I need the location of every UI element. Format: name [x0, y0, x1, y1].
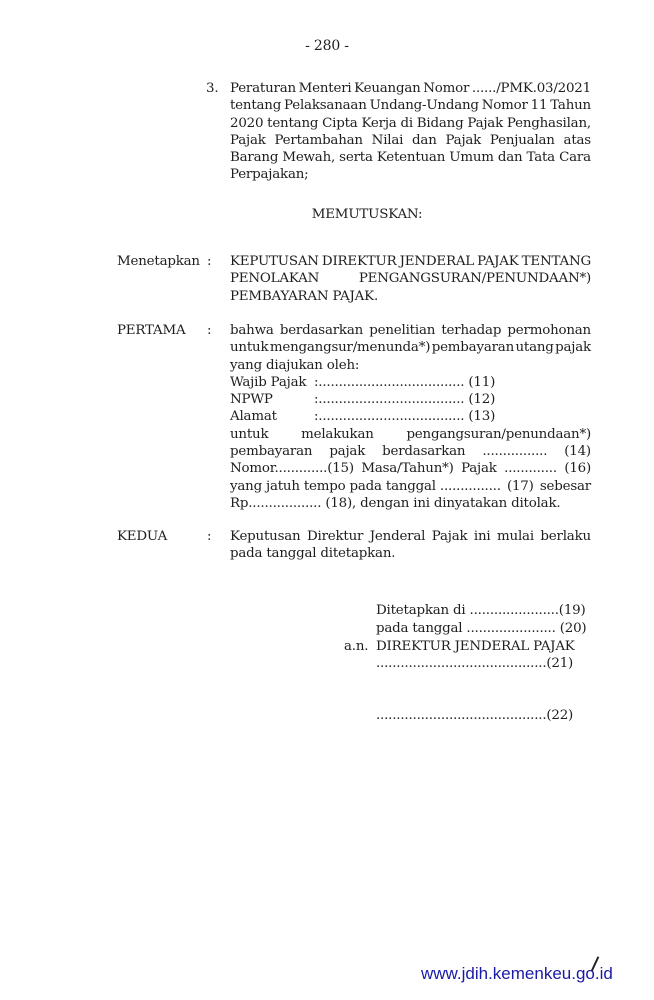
- text: pembayaran: [230, 443, 312, 460]
- pada-tanggal: pada tanggal ...................... (20): [376, 620, 586, 637]
- word: Pelaksanaan: [284, 97, 367, 114]
- kedua-colon: :: [207, 528, 211, 545]
- word: Nilai: [372, 132, 404, 149]
- field-wajib-pajak: Wajib Pajak :...........................…: [230, 374, 591, 391]
- item3-last-line: Perpajakan;: [230, 166, 591, 183]
- word: Umum: [449, 149, 494, 166]
- text: Masa/Tahun*): [361, 460, 453, 477]
- word: Penghasilan,: [507, 115, 591, 132]
- pertama-line5: pembayaran pajak berdasarkan ...........…: [230, 443, 591, 460]
- word: tentang: [230, 97, 281, 114]
- kedua-line1: KeputusanDirekturJenderalPajakinimulaibe…: [230, 528, 591, 545]
- text: (14): [564, 443, 591, 460]
- word: berlaku: [540, 528, 591, 545]
- word: Pajak: [445, 132, 481, 149]
- word: Bidang: [417, 115, 464, 132]
- word: mulai: [497, 528, 534, 545]
- word: Nomor: [423, 80, 469, 97]
- text: pengangsuran/penundaan*): [406, 426, 591, 443]
- field-label: Wajib Pajak: [230, 374, 314, 391]
- word: KEPUTUSAN: [230, 253, 319, 270]
- word: Jenderal: [370, 528, 425, 545]
- an-prefix: a.n.: [344, 638, 368, 655]
- text: ................: [482, 443, 547, 460]
- word: Direktur: [307, 528, 363, 545]
- text: PENOLAKAN: [230, 270, 319, 287]
- word: atas: [564, 132, 591, 149]
- text: melakukan: [301, 426, 374, 443]
- word: permohonan: [507, 322, 591, 339]
- word: Pajak: [230, 132, 266, 149]
- signatory-line-22: ........................................…: [376, 707, 573, 724]
- kedua-text: KeputusanDirekturJenderalPajakinimulaibe…: [230, 528, 591, 563]
- word: Keuangan: [354, 80, 420, 97]
- menetapkan-text: KEPUTUSANDIREKTURJENDERALPAJAKTENTANG PE…: [230, 253, 591, 305]
- word: Cara: [559, 149, 591, 166]
- field-label: Alamat: [230, 408, 314, 425]
- word: Kerja: [361, 115, 396, 132]
- item3-text: PeraturanMenteriKeuanganNomor....../PMK.…: [230, 80, 591, 184]
- word: JENDERAL: [400, 253, 474, 270]
- text: yang jatuh tempo pada tanggal ..........…: [230, 478, 501, 495]
- word: Barang: [230, 149, 278, 166]
- field-label: NPWP: [230, 391, 314, 408]
- kedua-label: KEDUA: [117, 528, 167, 545]
- word: pembayaran: [432, 339, 514, 356]
- text: untuk: [230, 426, 268, 443]
- word: Cipta: [322, 115, 357, 132]
- word: Penjualan: [490, 132, 555, 149]
- menetapkan-line1: KEPUTUSANDIREKTURJENDERALPAJAKTENTANG: [230, 253, 591, 270]
- text: Nomor.............(15): [230, 460, 354, 477]
- pertama-line6: Nomor.............(15) Masa/Tahun*) Paja…: [230, 460, 591, 477]
- word: dan: [412, 132, 437, 149]
- text: (16): [564, 460, 591, 477]
- pertama-label: PERTAMA: [117, 322, 185, 339]
- word: Pajak: [432, 528, 468, 545]
- word: berdasarkan: [280, 322, 363, 339]
- word: serta: [339, 149, 373, 166]
- menetapkan-line2: PENOLAKAN PENGANGSURAN/PENUNDAAN*): [230, 270, 591, 287]
- field-npwp: NPWP :..................................…: [230, 391, 591, 408]
- word: DIREKTUR: [322, 253, 397, 270]
- item3-line: BarangMewah,sertaKetentuanUmumdanTataCar…: [230, 149, 591, 166]
- word: di: [400, 115, 412, 132]
- text: pajak: [329, 443, 365, 460]
- pertama-line2: untukmengangsur/menunda*)pembayaranutang…: [230, 339, 591, 356]
- word: ini: [474, 528, 491, 545]
- menetapkan-label: Menetapkan: [117, 253, 200, 270]
- word: Peraturan: [230, 80, 296, 97]
- word: terhadap: [441, 322, 501, 339]
- signatory-line-21: ........................................…: [376, 655, 573, 672]
- page-number: - 280 -: [0, 38, 654, 55]
- word: Menteri: [299, 80, 352, 97]
- word: Pertambahan: [274, 132, 362, 149]
- text: .............: [504, 460, 557, 477]
- pertama-line7: yang jatuh tempo pada tanggal ..........…: [230, 478, 591, 495]
- word: tentang: [267, 115, 318, 132]
- field-value: :.................................... (1…: [314, 374, 495, 391]
- pertama-line8: Rp.................. (18), dengan ini di…: [230, 495, 591, 512]
- word: Keputusan: [230, 528, 300, 545]
- pertama-line1: bahwaberdasarkanpenelitianterhadappermoh…: [230, 322, 591, 339]
- word: bahwa: [230, 322, 274, 339]
- pertama-line3: yang diajukan oleh:: [230, 357, 591, 374]
- text: Pajak: [461, 460, 497, 477]
- item3-line: 2020tentangCiptaKerjadiBidangPajakPengha…: [230, 115, 591, 132]
- pertama-text: bahwaberdasarkanpenelitianterhadappermoh…: [230, 322, 591, 512]
- word: pajak: [555, 339, 591, 356]
- word: untuk: [230, 339, 268, 356]
- item-number: 3.: [206, 80, 218, 97]
- menetapkan-colon: :: [207, 253, 211, 270]
- item3-line: PeraturanMenteriKeuanganNomor....../PMK.…: [230, 80, 591, 97]
- word: TENTANG: [522, 253, 591, 270]
- word: Tahun: [550, 97, 591, 114]
- text: PENGANGSURAN/PENUNDAAN*): [359, 270, 591, 287]
- word: Mewah,: [282, 149, 335, 166]
- word: PAJAK: [477, 253, 519, 270]
- word: mengangsur/menunda*): [270, 339, 430, 356]
- field-alamat: Alamat :................................…: [230, 408, 591, 425]
- word: Tata: [527, 149, 555, 166]
- word: Ketentuan: [377, 149, 445, 166]
- text: berdasarkan: [382, 443, 465, 460]
- item3-line: PajakPertambahanNilaidanPajakPenjualanat…: [230, 132, 591, 149]
- word: Nomor: [482, 97, 528, 114]
- word: utang: [515, 339, 553, 356]
- word: 11: [531, 97, 548, 114]
- item3-line: tentangPelaksanaanUndang-UndangNomor11Ta…: [230, 97, 591, 114]
- direktur-title: DIREKTUR JENDERAL PAJAK: [376, 638, 575, 655]
- pertama-line4: untuk melakukan pengangsuran/penundaan*): [230, 426, 591, 443]
- word: Pajak: [467, 115, 503, 132]
- ditetapkan-di: Ditetapkan di ......................(19): [376, 602, 585, 619]
- text: sebesar: [540, 478, 591, 495]
- footer-url-link[interactable]: www.jdih.kemenkeu.go.id: [421, 964, 613, 984]
- word: 2020: [230, 115, 263, 132]
- field-value: :.................................... (1…: [314, 391, 495, 408]
- word: ....../PMK.03/2021: [472, 80, 591, 97]
- word: Undang-Undang: [370, 97, 479, 114]
- field-value: :.................................... (1…: [314, 408, 495, 425]
- memutuskan-heading: MEMUTUSKAN:: [0, 206, 654, 223]
- kedua-line2: pada tanggal ditetapkan.: [230, 545, 591, 562]
- menetapkan-line3: PEMBAYARAN PAJAK.: [230, 288, 591, 305]
- word: dan: [498, 149, 523, 166]
- pertama-colon: :: [207, 322, 211, 339]
- text: (17): [507, 478, 534, 495]
- word: penelitian: [369, 322, 435, 339]
